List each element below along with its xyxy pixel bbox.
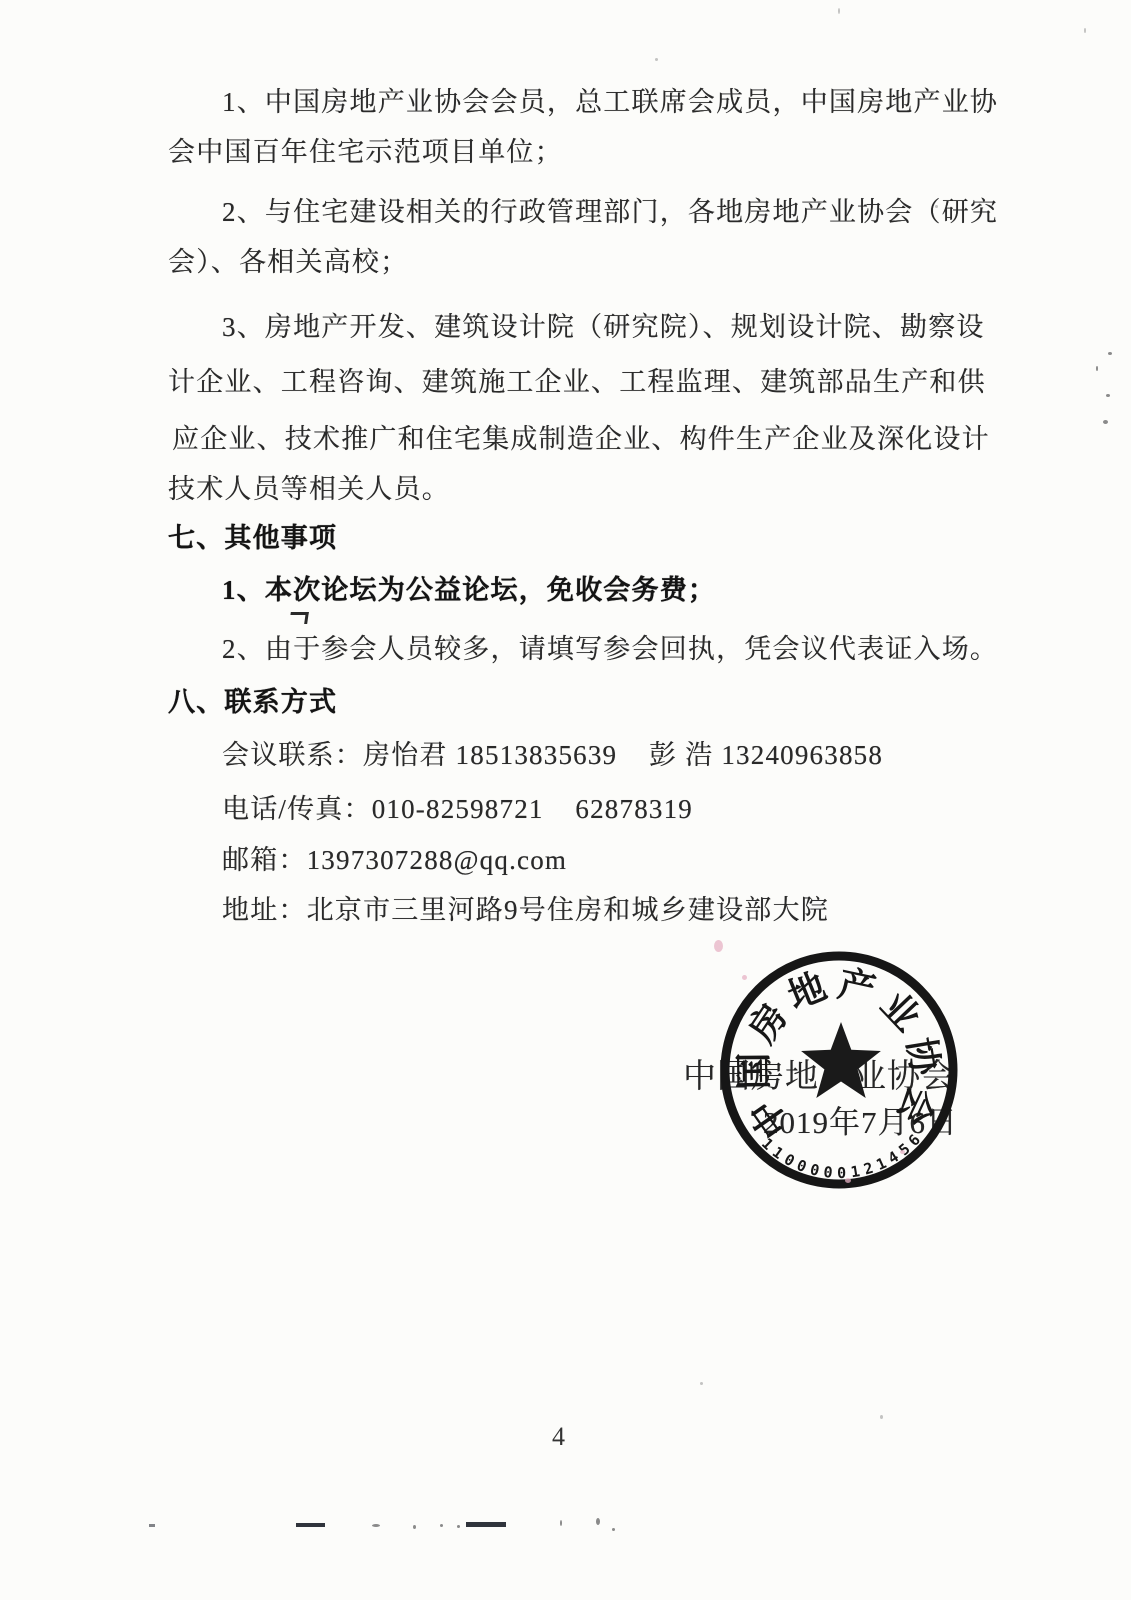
scan-artifact [838, 8, 840, 14]
body-line: 1、本次论坛为公益论坛，免收会务费； [222, 568, 716, 607]
seal-ring-char: 协 [899, 1035, 947, 1080]
scan-artifact [880, 1415, 883, 1419]
scan-artifact [1096, 366, 1098, 371]
contact-line: 邮箱：1397307288@qq.com [222, 838, 567, 877]
scan-artifact [700, 1382, 703, 1385]
scan-artifact [655, 58, 658, 61]
body-line: 2、由于参会人员较多，请填写参会回执，凭会议代表证入场。 [222, 627, 998, 666]
scan-artifact [596, 1518, 600, 1525]
seal-code-digit: 0 [808, 1160, 821, 1180]
star-icon [801, 1022, 881, 1098]
seal-ring-char: 地 [782, 965, 832, 1018]
scan-artifact [372, 1524, 380, 1527]
seal-code-digit: 0 [837, 1164, 846, 1182]
contact-line: 电话/传真：010-82598721 62878319 [222, 787, 693, 826]
scan-artifact [466, 1522, 506, 1527]
scan-artifact [1108, 352, 1112, 355]
seal-code-digit: 0 [781, 1150, 798, 1170]
body-line: 3、房地产开发、建筑设计院（研究院）、规划设计院、勘察设 [222, 305, 985, 344]
seal-code-digit: 2 [862, 1159, 876, 1179]
seal-ring-char: 产 [834, 962, 879, 1012]
scan-artifact [457, 1525, 460, 1528]
seal-code-digit: 0 [823, 1163, 834, 1182]
body-line: 应企业、技术推广和住宅集成制造企业、构件生产企业及深化设计 [172, 417, 990, 456]
section-heading: 七、其他事项 [168, 516, 337, 555]
scan-artifact [1106, 394, 1110, 397]
body-line: 会中国百年住宅示范项目单位； [168, 130, 563, 169]
body-line: 2、与住宅建设相关的行政管理部门，各地房地产业协会（研究 [222, 190, 998, 229]
scan-artifact [560, 1520, 562, 1526]
section-heading: 八、联系方式 [168, 680, 337, 719]
body-line: 技术人员等相关人员。 [168, 467, 450, 506]
scan-artifact [612, 1528, 615, 1531]
scan-artifact [1103, 420, 1108, 424]
scan-artifact [289, 612, 309, 624]
scan-artifact [440, 1524, 443, 1527]
body-line: 计企业、工程咨询、建筑施工企业、工程监理、建筑部品生产和供 [168, 360, 986, 399]
seal-ring-char: 会 [889, 1080, 943, 1131]
scan-artifact [296, 1523, 325, 1527]
page-number: 4 [552, 1422, 565, 1452]
contact-line: 会议联系：房怡君 18513835639 彭 浩 13240963858 [222, 733, 883, 772]
body-line: 会）、各相关高校； [168, 240, 408, 279]
contact-line: 地址：北京市三里河路9号住房和城乡建设部大院 [222, 888, 829, 927]
official-seal: 中国房地产业协会1100000121456 [709, 940, 969, 1200]
document-page: 1、中国房地产业协会会员，总工联席会成员，中国房地产业协 会中国百年住宅示范项目… [0, 0, 1131, 1600]
scan-artifact [1084, 28, 1086, 33]
body-line: 1、中国房地产业协会会员，总工联席会成员，中国房地产业协 [222, 80, 998, 119]
seal-code-digit: 1 [849, 1162, 861, 1181]
seal-code-digit: 0 [794, 1156, 809, 1176]
scan-artifact [413, 1525, 416, 1529]
seal-ring-char: 国 [733, 1052, 775, 1090]
scan-artifact [149, 1524, 155, 1527]
